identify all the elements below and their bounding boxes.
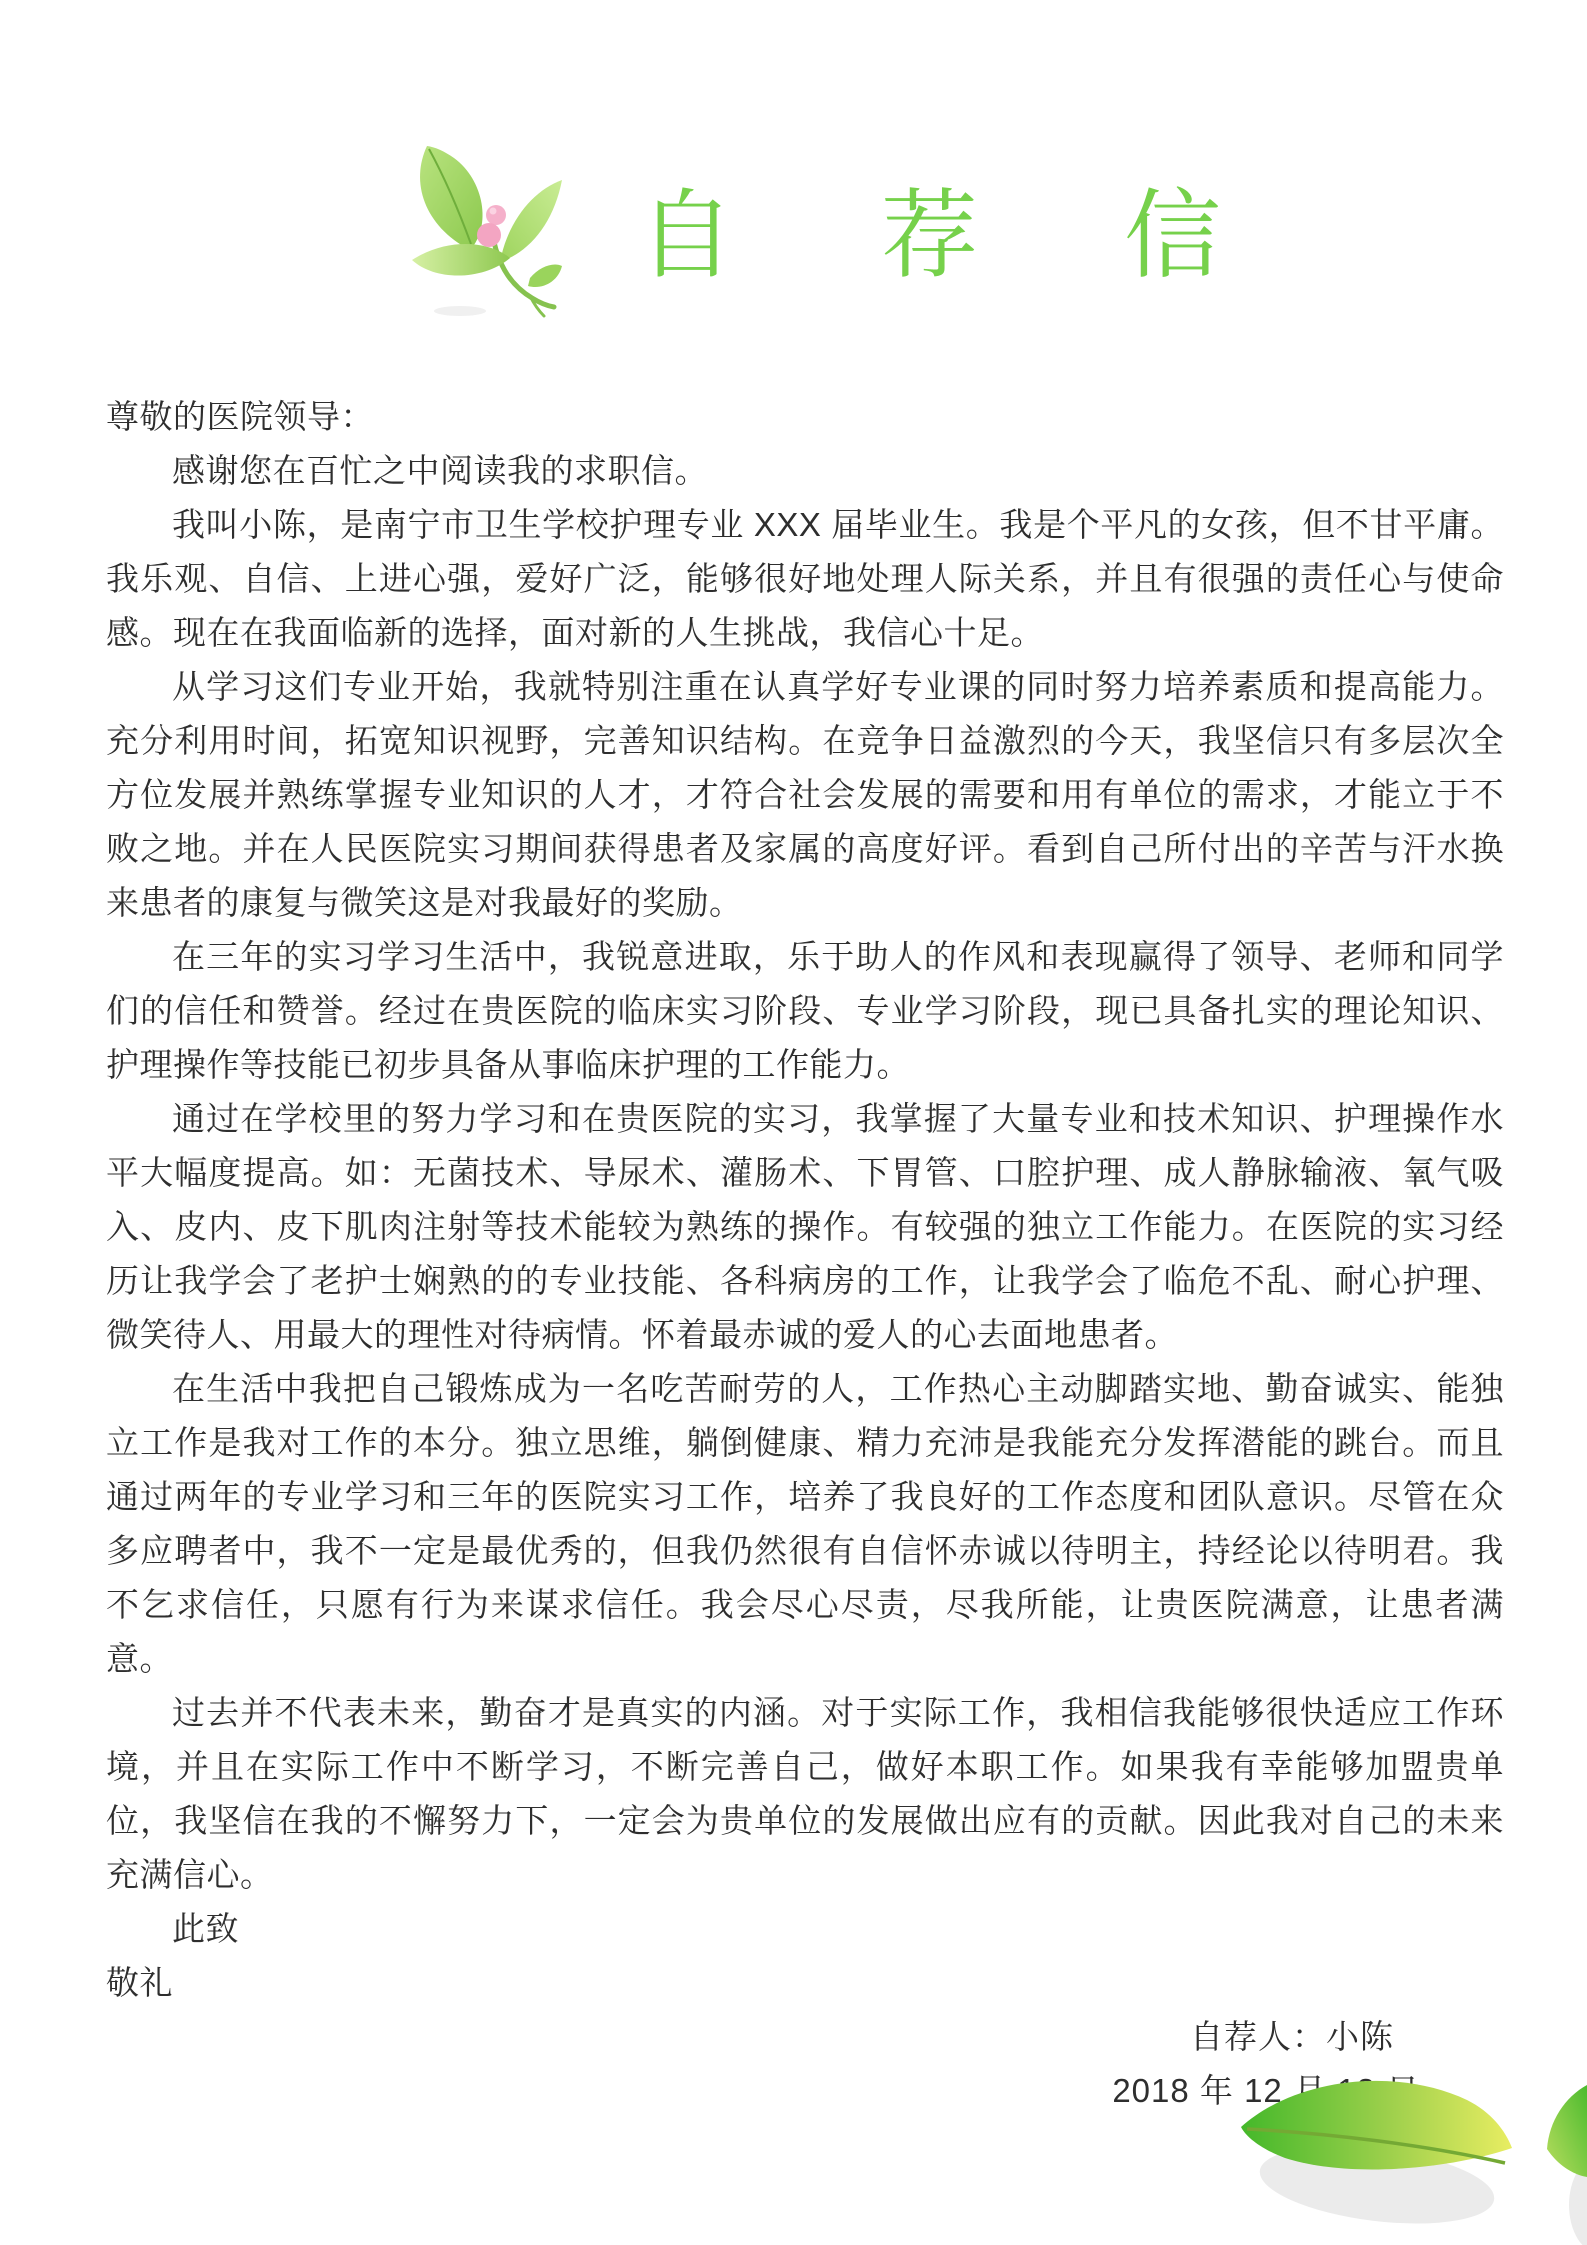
letter-paragraph: 感谢您在百忙之中阅读我的求职信。 [106, 444, 1504, 498]
letter-paragraph: 过去并不代表未来，勤奋才是真实的内涵。对于实际工作，我相信我能够很快适应工作环境… [106, 1686, 1504, 1902]
letter-paragraph: 我叫小陈，是南宁市卫生学校护理专业 XXX 届毕业生。我是个平凡的女孩，但不甘平… [106, 498, 1504, 660]
letter-paragraph: 通过在学校里的努力学习和在贵医院的实习，我掌握了大量专业和技术知识、护理操作水平… [106, 1092, 1504, 1362]
letter-paragraph: 从学习这们专业开始，我就特别注重在认真学好专业课的同时努力培养素质和提高能力。充… [106, 660, 1504, 930]
letter-paragraph: 在三年的实习学习生活中，我锐意进取，乐于助人的作风和表现赢得了领导、老师和同学们… [106, 930, 1504, 1092]
plant-sprig-icon [402, 138, 574, 320]
title-char: 荐 [881, 183, 978, 290]
closing-cizhi: 此致 [106, 1902, 1504, 1956]
closing-jingli: 敬礼 [106, 1956, 1504, 2010]
title-char: 自 [638, 183, 735, 290]
letter-paragraph: 在生活中我把自己锻炼成为一名吃苦耐劳的人，工作热心主动脚踏实地、勤奋诚实、能独立… [106, 1362, 1504, 1686]
letter-page: 自 荐 信 尊敬的医院领导： 感谢您在百忙之中阅读我的求职信。 我叫小陈，是南宁… [0, 0, 1587, 2245]
salutation: 尊敬的医院领导： [106, 390, 1504, 444]
leaf-icon [1227, 2015, 1587, 2245]
title-char: 信 [1124, 183, 1221, 290]
letter-body: 尊敬的医院领导： 感谢您在百忙之中阅读我的求职信。 我叫小陈，是南宁市卫生学校护… [106, 390, 1504, 2118]
page-title: 自 荐 信 [638, 183, 1221, 290]
